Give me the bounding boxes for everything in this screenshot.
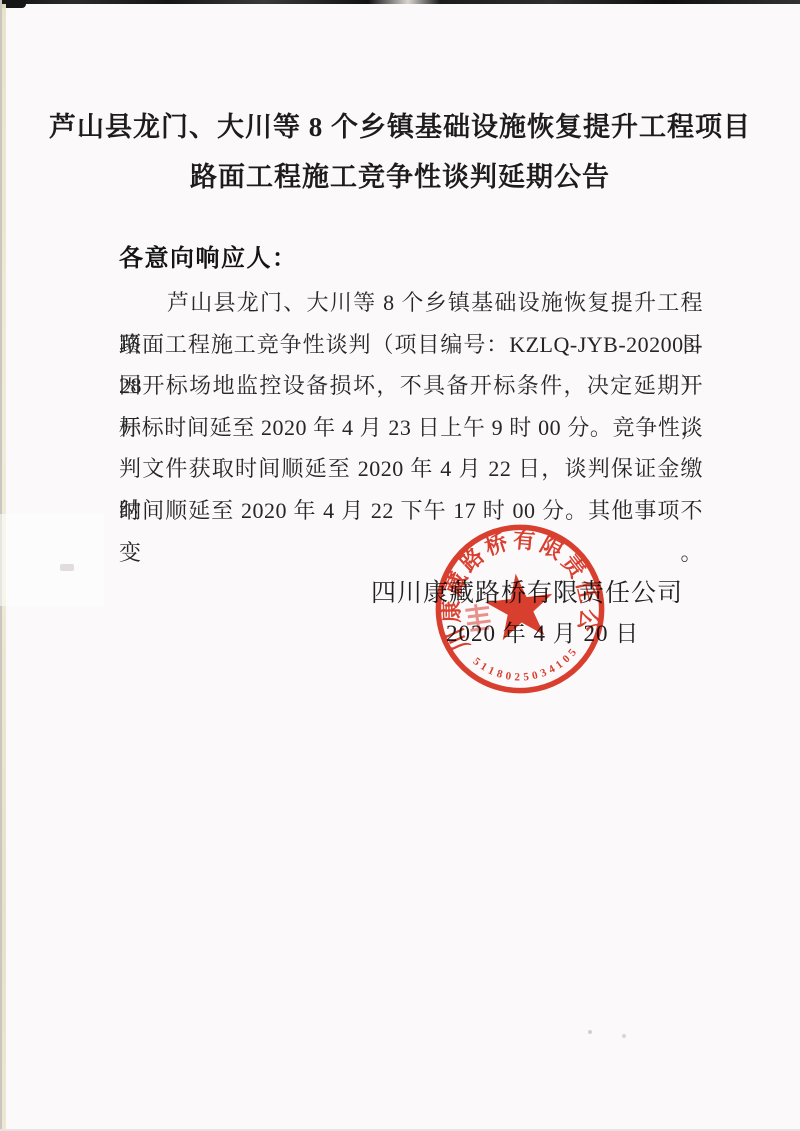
- scan-speck: [60, 564, 74, 571]
- body-line: 芦山县龙门、大川等 8 个乡镇基础设施恢复提升工程项目: [119, 282, 703, 324]
- title-line-2: 路面工程施工竞争性谈判延期公告: [0, 152, 800, 202]
- scanned-document-page: 芦山县龙门、大川等 8 个乡镇基础设施恢复提升工程项目 路面工程施工竞争性谈判延…: [0, 0, 800, 1131]
- document-title: 芦山县龙门、大川等 8 个乡镇基础设施恢复提升工程项目 路面工程施工竞争性谈判延…: [0, 102, 800, 202]
- body-line: 时间顺延至 2020 年 4 月 22 下午 17 时 00 分。其他事项不变。: [119, 490, 703, 532]
- scan-edge-top: [0, 0, 800, 4]
- seal-ghost-smudge: [465, 603, 492, 635]
- body-line: 开标时间延至 2020 年 4 月 23 日上午 9 时 00 分。竞争性谈: [119, 407, 703, 449]
- body-line: 因开标场地监控设备损坏，不具备开标条件，决定延期开标，: [119, 365, 703, 407]
- scan-artifact-box: [0, 514, 104, 606]
- company-seal-stamp: 四川康藏路桥有限责任公司 5118025034105: [425, 514, 614, 703]
- body-paragraph: 芦山县龙门、大川等 8 个乡镇基础设施恢复提升工程项目 路面工程施工竞争性谈判（…: [119, 282, 703, 532]
- body-line: 路面工程施工竞争性谈判（项目编号：KZLQ-JYB-202003-28）: [119, 324, 703, 366]
- salutation: 各意向响应人：: [119, 238, 298, 273]
- body-line: 判文件获取时间顺延至 2020 年 4 月 22 日，谈判保证金缴纳: [119, 448, 703, 490]
- scan-speck: [588, 1030, 592, 1034]
- title-line-1: 芦山县龙门、大川等 8 个乡镇基础设施恢复提升工程项目: [0, 102, 800, 152]
- scan-speck: [622, 1034, 626, 1038]
- seal-star-icon: [482, 569, 557, 641]
